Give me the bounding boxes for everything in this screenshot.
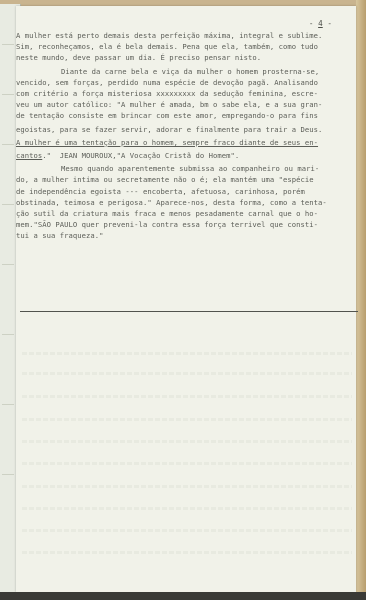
bleed-through <box>22 485 352 488</box>
bleed-through <box>22 440 352 443</box>
text-line: Mesmo quando aparentemente submissa ao c… <box>16 163 352 174</box>
text-line: mem."SÃO PAULO quer preveni-la contra es… <box>16 219 352 230</box>
bleed-through <box>22 418 352 421</box>
text-line: do, a mulher intima ou secretamente não … <box>16 174 352 185</box>
text-line: Diante da carne bela e viça da mulher o … <box>16 66 352 77</box>
text-line: tui a sua fraqueza." <box>16 230 352 241</box>
bleed-through <box>22 507 352 510</box>
text-line: A mulher está perto demais desta perfeiç… <box>16 30 352 41</box>
horizontal-rule <box>20 311 358 312</box>
text-line: ção sutil da criatura mais fraca e menos… <box>16 208 352 219</box>
scanner-edge <box>0 592 366 600</box>
bleed-through <box>22 551 352 554</box>
underlined-word: cantos <box>16 151 42 160</box>
text-line: de tentação consiste em brincar com este… <box>16 110 352 121</box>
citation-text: ." JEAN MOUROUX,"A Vocação Cristã do Hom… <box>42 151 239 160</box>
bleed-through <box>22 462 352 465</box>
folder-edge <box>356 0 366 600</box>
text-line: de independência egoista --- encoberta, … <box>16 186 352 197</box>
text-line: neste mundo, deve passar um dia. É preci… <box>16 52 352 63</box>
page-number: - 4 - <box>16 18 352 30</box>
text-line: com critério a força misteriosa xxxxxxxx… <box>16 88 352 99</box>
text-line: veu um autor católico: "A mulher é amada… <box>16 99 352 110</box>
text-line: vencido, sem forças, perdido numa espéci… <box>16 77 352 88</box>
scanned-document: - 4 - A mulher está perto demais desta p… <box>0 0 366 600</box>
bleed-through <box>22 372 352 375</box>
citation-line: cantos." JEAN MOUROUX,"A Vocação Cristã … <box>16 150 352 161</box>
underlined-text-line: A mulher é uma tentação para o homem, se… <box>16 137 352 148</box>
text-line: egoistas, para se fazer servir, adorar e… <box>16 124 352 135</box>
bleed-through <box>22 529 352 532</box>
text-line: obstinada, teimosa e perigosa." Aparece-… <box>16 197 352 208</box>
body-text: - 4 - A mulher está perto demais desta p… <box>16 18 352 242</box>
bleed-through <box>22 395 352 398</box>
text-line: Sim, reconheçamos, ela é bela demais. Pe… <box>16 41 352 52</box>
bleed-through <box>22 352 352 355</box>
